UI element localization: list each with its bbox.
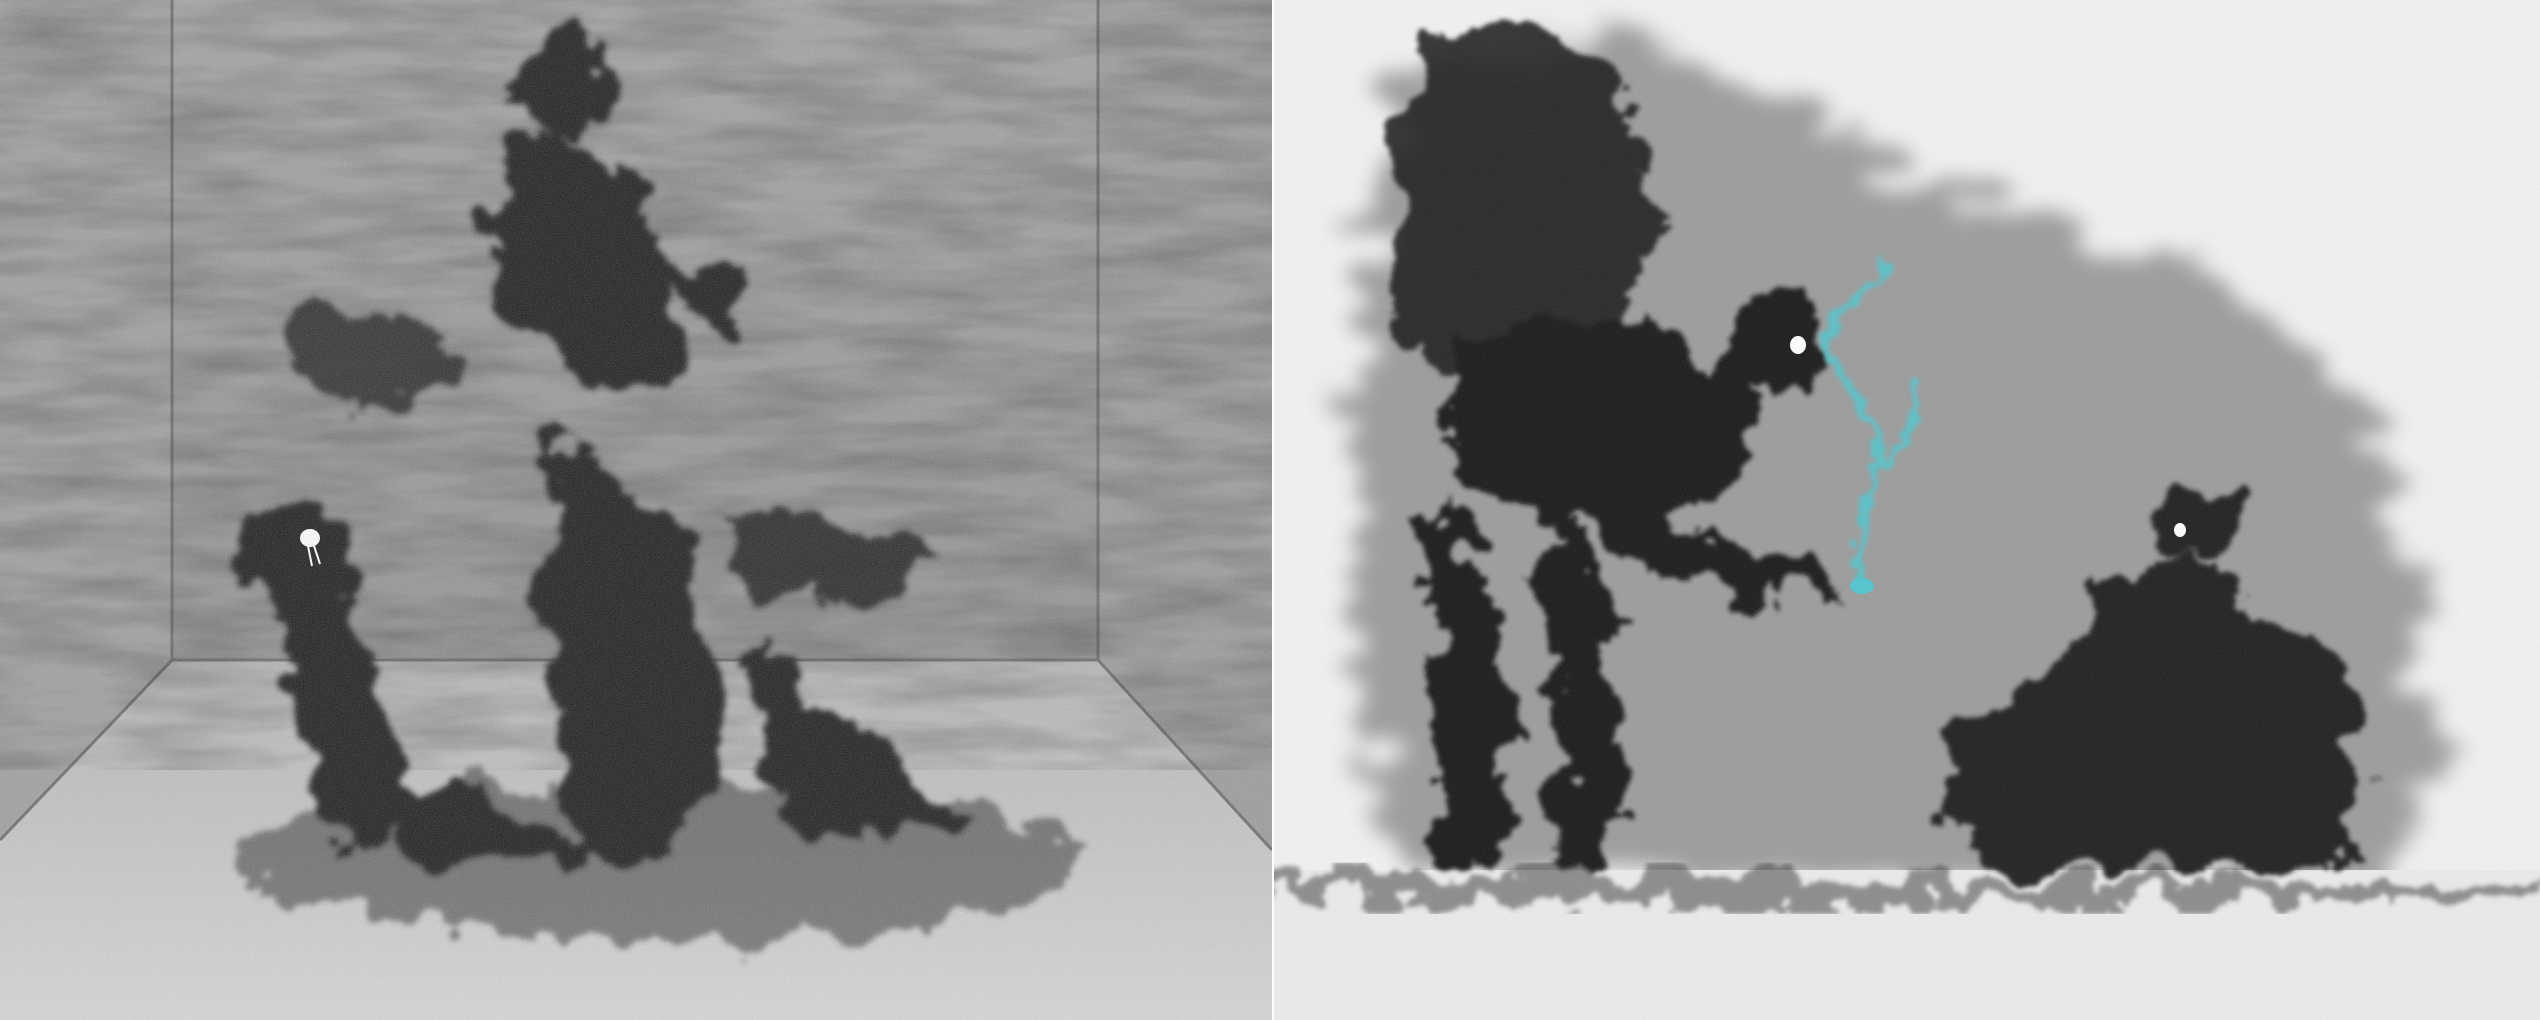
left-artwork-panel (0, 0, 1272, 1020)
ink-figures-scene (1274, 0, 2540, 1020)
right-artwork-panel (1274, 0, 2540, 1020)
concrete-room-scene (0, 0, 1272, 1020)
